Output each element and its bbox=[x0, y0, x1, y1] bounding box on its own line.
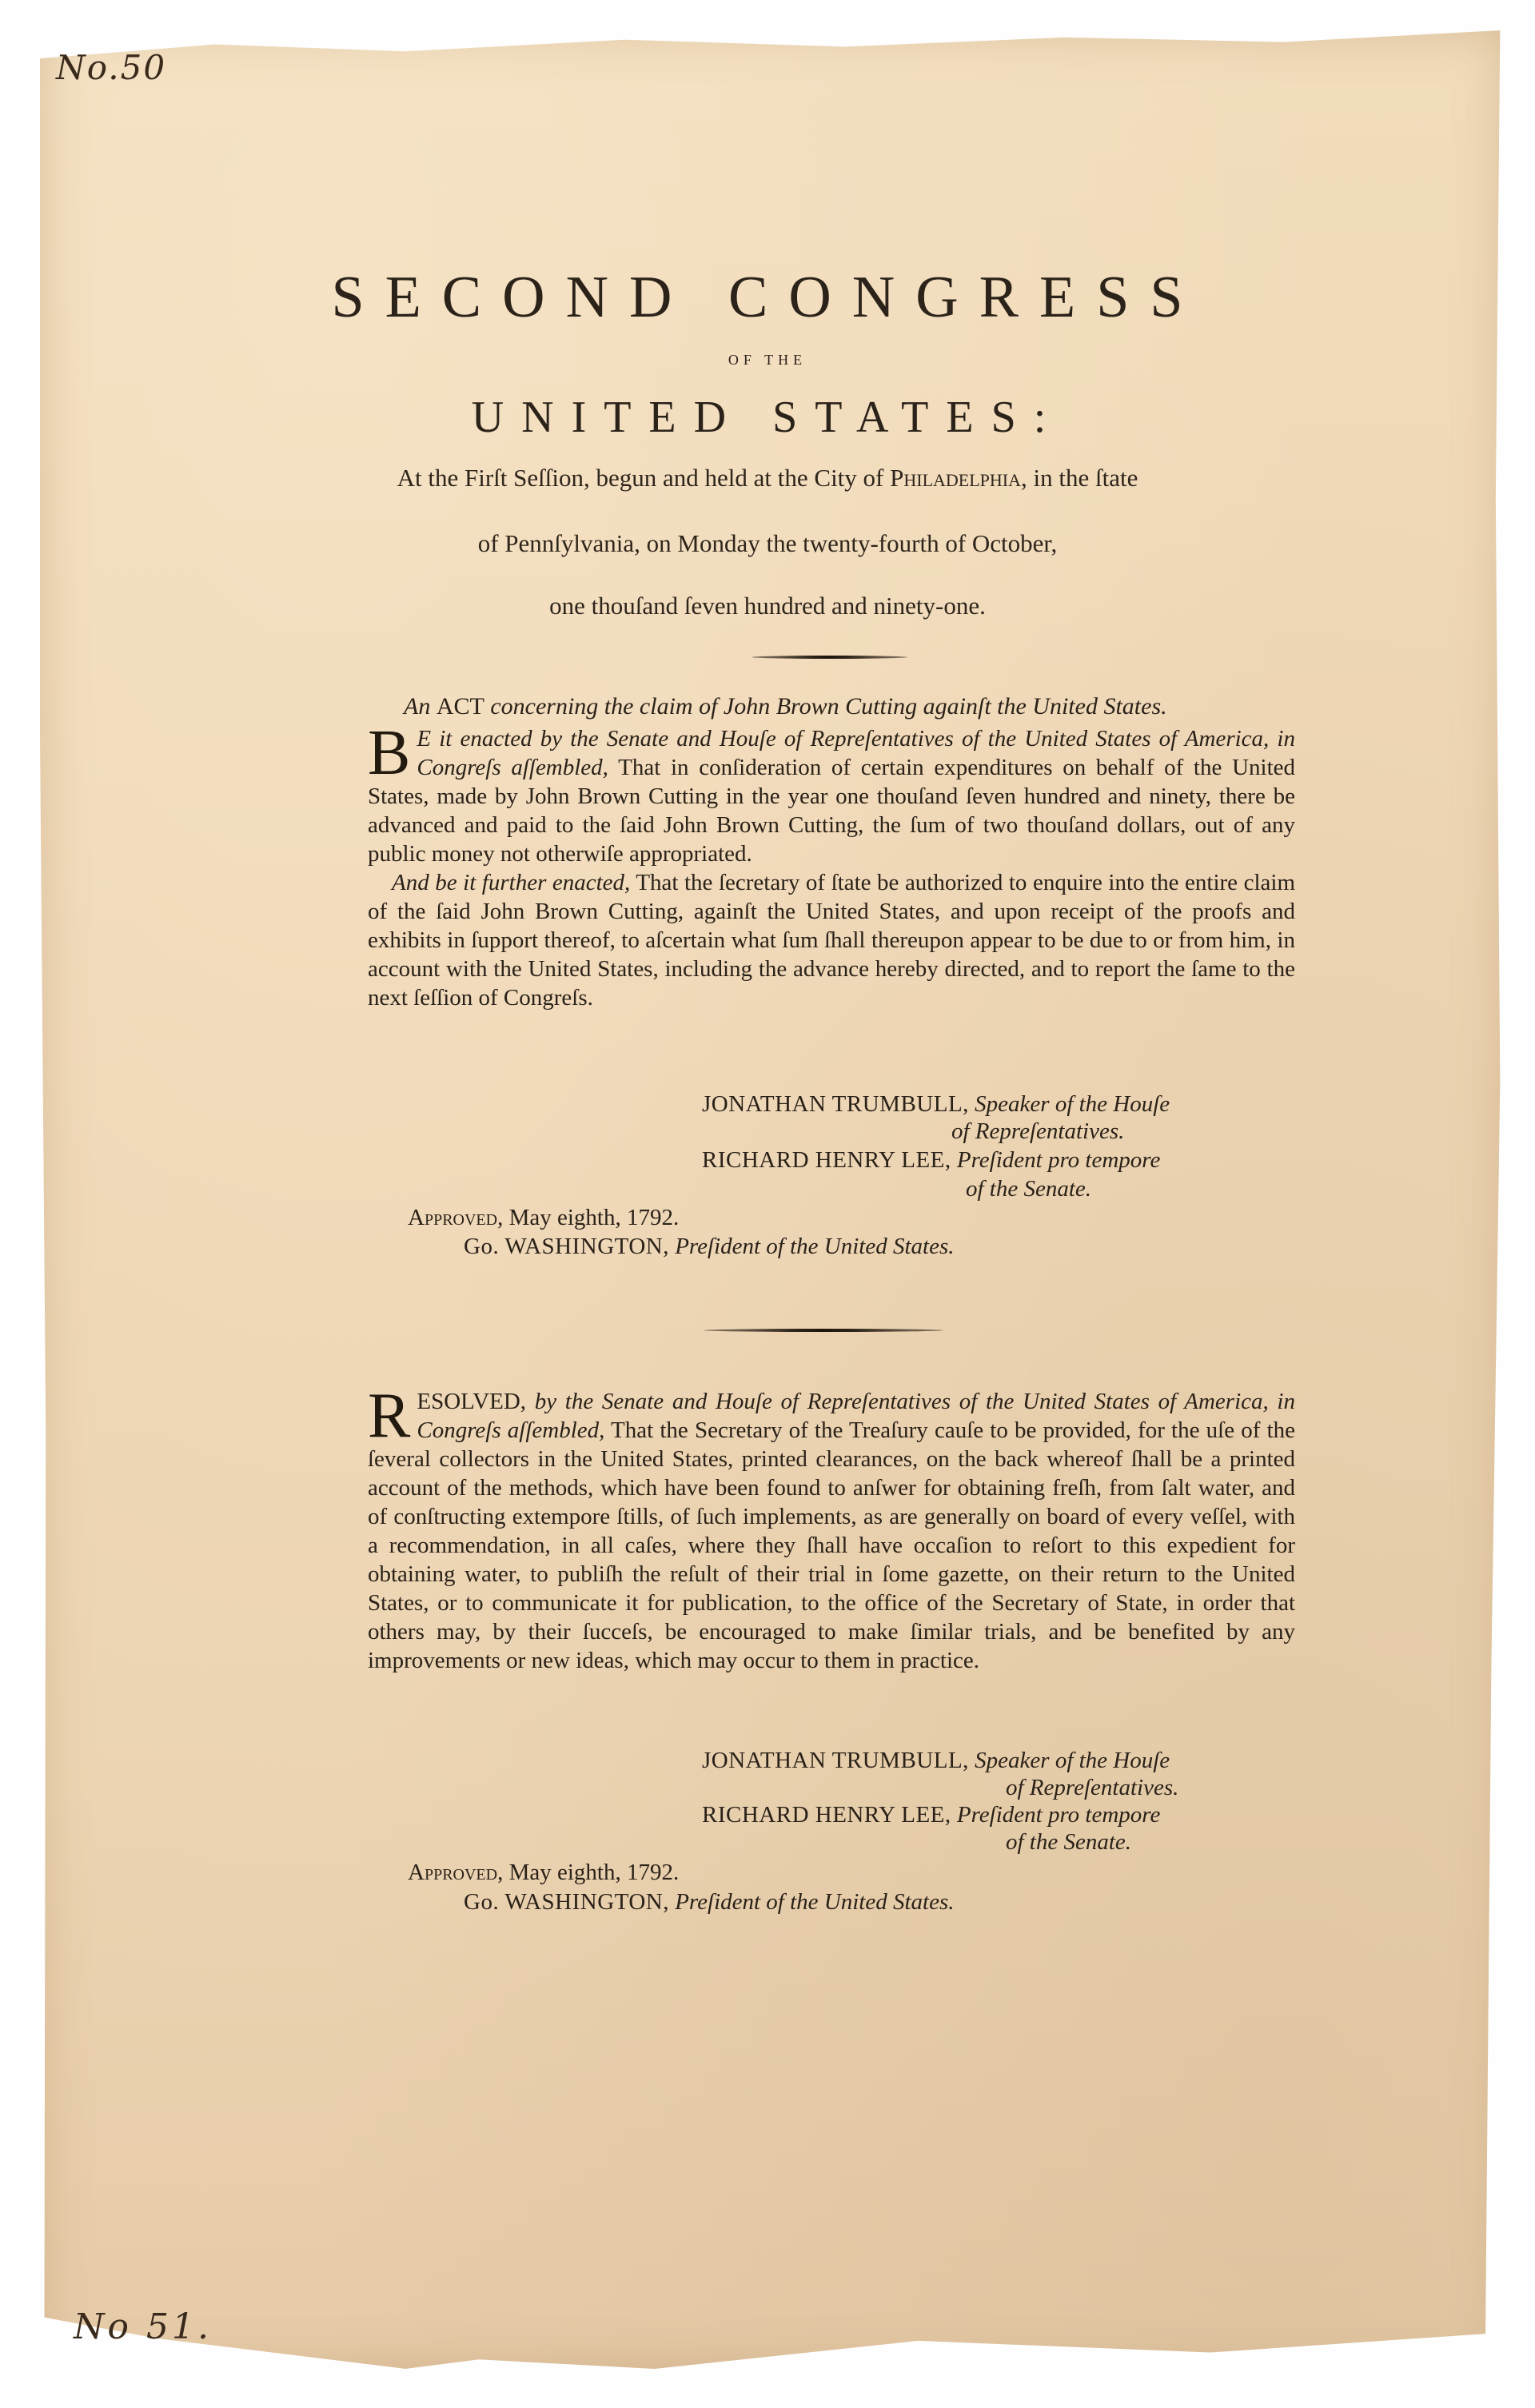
session-line-1-post: , in the ſtate bbox=[1021, 464, 1138, 492]
act-approved-line: Approved, May eighth, 1792. bbox=[408, 1204, 679, 1231]
senate-role: Preſident pro tempore bbox=[957, 1802, 1161, 1828]
resolution-paragraph: RESOLVED, by the Senate and Houſe of Rep… bbox=[368, 1387, 1295, 1675]
res-senate-signature: RICHARD HENRY LEE, Preſident pro tempore bbox=[702, 1801, 1160, 1828]
resolution-text: That the Secretary of the Treaſury cauſe… bbox=[368, 1417, 1295, 1673]
act-paragraph-1: BE it enacted by the Senate and Houſe of… bbox=[368, 724, 1295, 868]
act-dropcap: B bbox=[368, 728, 410, 779]
act-senate-role-2: of the Senate. bbox=[966, 1175, 1091, 1202]
document-paper bbox=[40, 30, 1503, 2369]
resolution-dropcap: R bbox=[368, 1390, 410, 1441]
act-senate-signature: RICHARD HENRY LEE, Preſident pro tempore bbox=[702, 1146, 1160, 1174]
approved-date: , May eighth, 1792. bbox=[497, 1205, 679, 1230]
approved-label: Approved bbox=[408, 1860, 497, 1885]
act-president-signature: Go. WASHINGTON, Preſident of the United … bbox=[464, 1233, 955, 1260]
session-line-3: one thouſand ſeven hundred and ninety-on… bbox=[0, 592, 1535, 620]
session-line-2: of Pennſylvania, on Monday the twenty-fo… bbox=[0, 529, 1535, 558]
handwritten-number-bottom: No 51. bbox=[74, 2306, 212, 2347]
act-title-pre: An bbox=[404, 693, 437, 720]
senate-name: RICHARD HENRY LEE, bbox=[702, 1147, 951, 1173]
res-president-signature: Go. WASHINGTON, Preſident of the United … bbox=[464, 1888, 955, 1916]
act-title: An ACT concerning the claim of John Brow… bbox=[404, 692, 1331, 721]
act-para2-lead: And be it further enacted, bbox=[392, 870, 630, 895]
act-title-act: ACT bbox=[437, 693, 484, 720]
res-speaker-role-2: of Repreſentatives. bbox=[1006, 1774, 1178, 1801]
approved-label: Approved bbox=[408, 1205, 497, 1230]
act-body: BE it enacted by the Senate and Houſe of… bbox=[368, 724, 1295, 1012]
res-approved-line: Approved, May eighth, 1792. bbox=[408, 1859, 679, 1886]
act-paragraph-2: And be it further enacted, That the ſecr… bbox=[368, 868, 1295, 1012]
senate-role: Preſident pro tempore bbox=[957, 1147, 1161, 1173]
ornamental-rule-2 bbox=[704, 1329, 943, 1332]
ornamental-rule-1 bbox=[752, 656, 907, 659]
resolution-body: RESOLVED, by the Senate and Houſe of Rep… bbox=[368, 1387, 1295, 1675]
session-city: Philadelphia bbox=[890, 464, 1021, 492]
president-role: Preſident of the United States. bbox=[675, 1889, 954, 1915]
res-speaker-signature: JONATHAN TRUMBULL, Speaker of the Houſe bbox=[702, 1747, 1170, 1774]
res-senate-role-2: of the Senate. bbox=[1006, 1828, 1131, 1856]
speaker-role: Speaker of the Houſe bbox=[975, 1748, 1170, 1773]
title-united-states: UNITED STATES: bbox=[0, 392, 1535, 443]
speaker-name: JONATHAN TRUMBULL, bbox=[702, 1748, 969, 1773]
president-name: Go. WASHINGTON, bbox=[464, 1889, 669, 1915]
approved-date: , May eighth, 1792. bbox=[497, 1860, 679, 1885]
act-speaker-role-2: of Repreſentatives. bbox=[951, 1118, 1124, 1145]
session-line-1: At the Firſt Seſſion, begun and held at … bbox=[0, 464, 1535, 492]
title-second-congress: SECOND CONGRESS bbox=[0, 264, 1535, 332]
speaker-name: JONATHAN TRUMBULL, bbox=[702, 1091, 969, 1117]
title-of-the: OF THE bbox=[0, 352, 1535, 369]
resolution-lead: ESOLVED, bbox=[417, 1389, 526, 1414]
act-speaker-signature: JONATHAN TRUMBULL, Speaker of the Houſe bbox=[702, 1090, 1170, 1118]
handwritten-number-top: No.50 bbox=[56, 48, 166, 87]
session-line-1-pre: At the Firſt Seſſion, begun and held at … bbox=[397, 464, 890, 492]
speaker-role: Speaker of the Houſe bbox=[975, 1091, 1170, 1117]
president-name: Go. WASHINGTON, bbox=[464, 1234, 669, 1259]
president-role: Preſident of the United States. bbox=[675, 1234, 954, 1259]
senate-name: RICHARD HENRY LEE, bbox=[702, 1802, 951, 1828]
act-title-post: concerning the claim of John Brown Cutti… bbox=[484, 693, 1167, 720]
